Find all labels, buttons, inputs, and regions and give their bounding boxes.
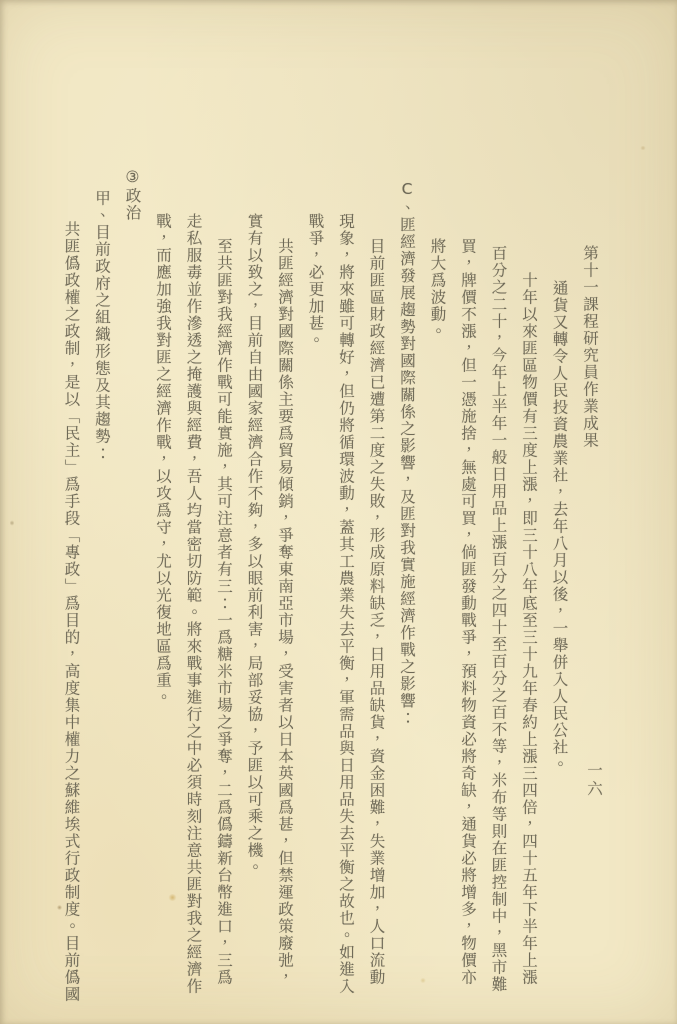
text-block: 第十一課程研究員作業成果通貨又轉令人民投資農業社，去年八月以後，一舉併入人民公社…	[56, 0, 605, 1024]
page-number: 一六	[575, 762, 605, 799]
section-header-column: ③政治	[117, 0, 148, 222]
paragraph-start-column: 共匪僞政權之政制，是以「民主」爲手段「專政」爲目的，高度集中權力之蘇維埃式行政制…	[56, 0, 87, 1003]
paper-speck	[640, 146, 646, 150]
paragraph-start-column: 目前匪區財政經濟已遭第二度之失敗，形成原料缺乏，日用品缺貨，資金困難，失業增加，…	[361, 0, 392, 986]
paragraph-cont-column: 走私服毒並作滲透之掩護與經費，吾人均當密切防範。將來戰事進行之中必須時刻注意共匪…	[178, 0, 209, 995]
paragraph-cont-column: 戰，而應加強我對匪之經濟作戰，以攻爲守，尤以光復地區爲重。	[148, 0, 179, 706]
paragraph-cont-column: 買，牌價不漲，但一憑施捨，無處可買，倘匪發動戰爭，預料物資必將奇缺，通貨必將增多…	[453, 0, 484, 986]
paragraph-start-column: 至共匪對我經濟作戰可能實施，其可注意者有三：一爲糖米市場之爭奪，二爲僞鑄新台幣進…	[209, 0, 240, 986]
section-header-column: C、匪經濟發展趨勢對國際關係之影響，及匪對我實施經濟作戰之影響：	[392, 0, 423, 727]
paragraph-cont-column: 將大爲波動。	[422, 0, 453, 340]
item-header-column: 甲、目前政府之組織形態及其趨勢：	[87, 0, 118, 462]
paper-speck	[10, 520, 14, 526]
paragraph-start-column: 通貨又轉令人民投資農業社，去年八月以後，一舉併入人民公社。	[544, 0, 575, 773]
paragraph-cont-column: 現象，將來雖可轉好，但仍將循環波動，蓋其工農業失去平衡，軍需品與日用品失去平衡之…	[331, 0, 362, 995]
document-page: 第十一課程研究員作業成果通貨又轉令人民投資農業社，去年八月以後，一舉併入人民公社…	[0, 0, 677, 1024]
paragraph-start-column: 十年以來匪區物價有三度上漲，即三十八年底至三十九年春約上漲三四倍，四十五年下半年…	[514, 0, 545, 986]
page-header-column: 第十一課程研究員作業成果	[575, 0, 606, 449]
paragraph-cont-column: 百分之二十，今年上半年一般日用品上漲百分之四十至百分之百不等，米布等則在匪控制中…	[483, 0, 514, 993]
paragraph-cont-column: 實有以致之，目前自由國家經濟合作不夠，多以眼前利害，局部妥協，予匪以可乘之機。	[239, 0, 270, 876]
paragraph-start-column: 共匪經濟對國際關係主要爲貿易傾銷，爭奪東南亞市場，受害者以日本英國爲甚，但禁運政…	[270, 0, 301, 986]
paragraph-cont-column: 戰爭，必更加甚。	[300, 0, 331, 349]
